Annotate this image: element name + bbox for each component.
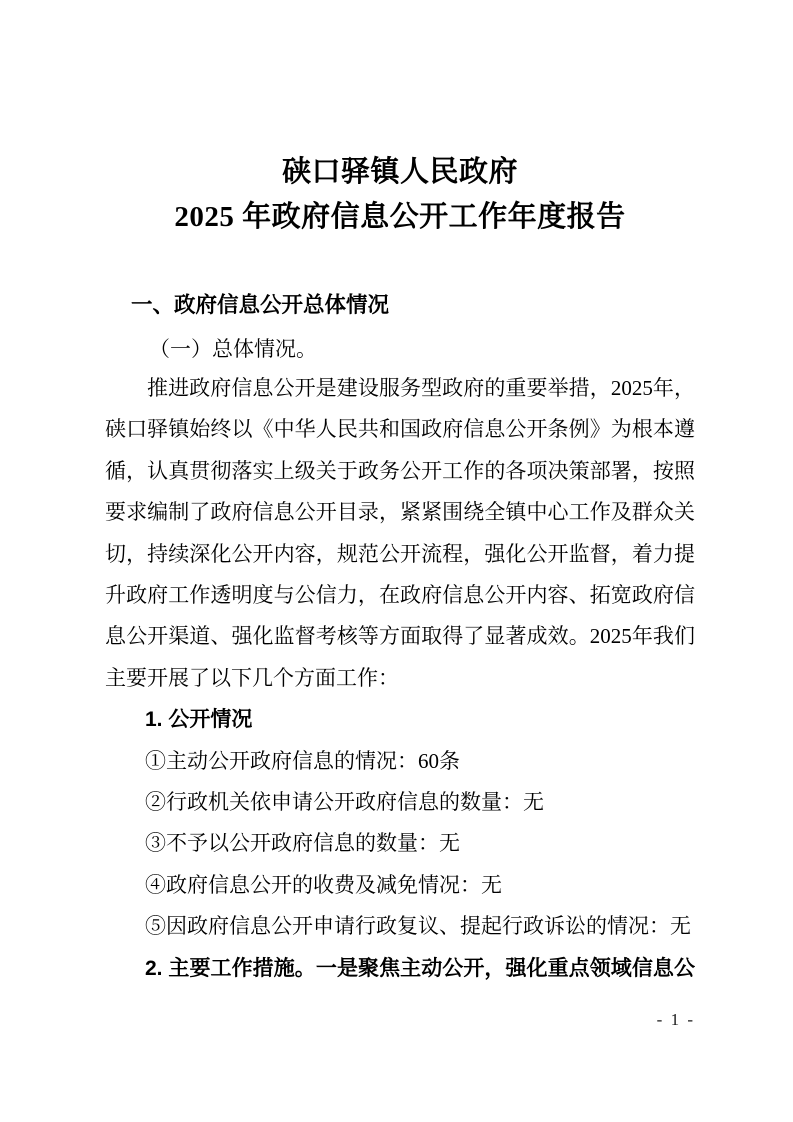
paragraph-line: 主要开展了以下几个方面工作： [105, 658, 695, 699]
measures-heading: 2. 主要工作措施。一是聚焦主动公开，强化重点领域信息公 [105, 948, 695, 989]
paragraph-line: 硖口驿镇始终以《中华人民共和国政府信息公开条例》为根本遵 [105, 409, 695, 450]
sub-heading: （一）总体情况。 [105, 334, 695, 364]
paragraph-line: 息公开渠道、强化监督考核等方面取得了显著成效。2025年我们 [105, 616, 695, 657]
document-body: 硖口驿镇人民政府 2025 年政府信息公开工作年度报告 一、政府信息公开总体情况… [105, 0, 695, 989]
document-page: 硖口驿镇人民政府 2025 年政府信息公开工作年度报告 一、政府信息公开总体情况… [0, 0, 793, 1122]
paragraph-line: 切，持续深化公开内容，规范公开流程，强化公开监督，着力提 [105, 534, 695, 575]
page-number: - 1 - [657, 1010, 695, 1030]
paragraph-line: 升政府工作透明度与公信力，在政府信息公开内容、拓宽政府信 [105, 575, 695, 616]
stats-item: ②行政机关依申请公开政府信息的数量：无 [105, 782, 695, 823]
stats-item: ⑤因政府信息公开申请行政复议、提起行政诉讼的情况：无 [105, 906, 695, 947]
section-heading: 一、政府信息公开总体情况 [105, 290, 695, 320]
stats-item: ①主动公开政府信息的情况：60条 [105, 741, 695, 782]
paragraph-line: 循，认真贯彻落实上级关于政务公开工作的各项决策部署，按照 [105, 451, 695, 492]
stats-list: ①主动公开政府信息的情况：60条 ②行政机关依申请公开政府信息的数量：无 ③不予… [105, 741, 695, 948]
stats-item: ④政府信息公开的收费及减免情况：无 [105, 865, 695, 906]
document-title: 硖口驿镇人民政府 2025 年政府信息公开工作年度报告 [105, 150, 695, 240]
title-line-1: 硖口驿镇人民政府 [105, 150, 695, 195]
title-line-2: 2025 年政府信息公开工作年度报告 [105, 195, 695, 240]
overview-paragraph: 推进政府信息公开是建设服务型政府的重要举措，2025年， 硖口驿镇始终以《中华人… [105, 368, 695, 699]
stats-heading: 1. 公开情况 [105, 699, 695, 740]
paragraph-line: 要求编制了政府信息公开目录，紧紧围绕全镇中心工作及群众关 [105, 492, 695, 533]
stats-item: ③不予以公开政府信息的数量：无 [105, 823, 695, 864]
paragraph-line: 推进政府信息公开是建设服务型政府的重要举措，2025年， [105, 368, 695, 409]
